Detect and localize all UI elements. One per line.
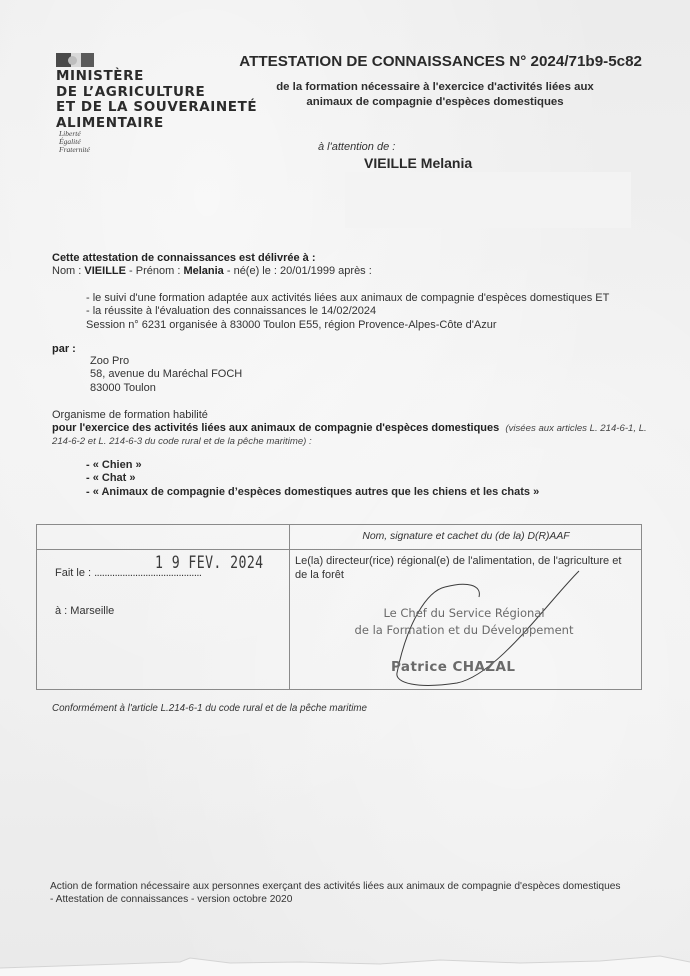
organization-address-line: 58, avenue du Maréchal FOCH: [90, 368, 242, 381]
condition-item: - la réussite à l'évaluation des connais…: [86, 305, 609, 318]
holder-first-name: Melania: [183, 265, 223, 277]
marianne-flag-logo-icon: [56, 53, 94, 67]
delivered-to-heading: Cette attestation de connaissances est d…: [52, 252, 316, 264]
organization-address-line: 83000 Toulon: [90, 382, 242, 395]
ministry-name: MINISTÈRE DE L’AGRICULTURE ET DE LA SOUV…: [56, 69, 266, 131]
species-list: - « Chien » - « Chat » - « Animaux de co…: [86, 459, 539, 499]
republic-motto: Liberté Égalité Fraternité: [59, 130, 90, 155]
species-item: - « Chien »: [86, 459, 539, 472]
organization-purpose: pour l'exercice des activités liées aux …: [52, 422, 648, 448]
ministry-name-line: MINISTÈRE: [56, 69, 266, 85]
birth-date: 20/01/1999: [280, 265, 335, 277]
birth-label: - né(e) le :: [224, 265, 280, 277]
ministry-name-line: DE L’AGRICULTURE: [56, 85, 266, 101]
service-stamp: Le Chef du Service Régional de la Format…: [299, 605, 629, 639]
document-subtitle: de la formation nécessaire à l'exercice …: [250, 80, 620, 109]
signature-header: Nom, signature et cachet du (de la) D(R)…: [290, 531, 642, 542]
subtitle-line: animaux de compagnie d'espèces domestiqu…: [250, 95, 620, 110]
footer-note: Action de formation nécessaire aux perso…: [50, 880, 621, 906]
subtitle-line: de la formation nécessaire à l'exercice …: [250, 80, 620, 95]
date-stamp: 1 9 FEV. 2024: [155, 553, 264, 572]
footer-line: Action de formation nécessaire aux perso…: [50, 880, 621, 893]
after-label: après :: [335, 265, 372, 277]
conditions-list: - le suivi d'une formation adaptée aux a…: [86, 292, 609, 332]
redacted-address-area: [345, 172, 631, 228]
document-title: ATTESTATION DE CONNAISSANCES N° 2024/71b…: [232, 53, 642, 70]
session-info: Session n° 6231 organisée à 83000 Toulon…: [86, 319, 609, 332]
motto-line: Fraternité: [59, 146, 90, 154]
attention-label: à l'attention de :: [318, 141, 395, 153]
nom-label: Nom :: [52, 265, 84, 277]
species-item: - « Animaux de compagnie d’espèces domes…: [86, 486, 539, 499]
par-label: par :: [52, 343, 76, 355]
holder-last-name: VIEILLE: [84, 265, 126, 277]
service-stamp-line: de la Formation et du Développement: [299, 622, 629, 639]
condition-item: - le suivi d'une formation adaptée aux a…: [86, 292, 609, 305]
organization-name: Zoo Pro: [90, 355, 242, 368]
footer-line: - Attestation de connaissances - version…: [50, 893, 621, 906]
ministry-name-line: ALIMENTAIRE: [56, 116, 266, 132]
ministry-name-line: ET DE LA SOUVERAINETÉ: [56, 100, 266, 116]
prenom-label: - Prénom :: [126, 265, 183, 277]
service-stamp-line: Le Chef du Service Régional: [299, 605, 629, 622]
training-organization: Zoo Pro 58, avenue du Maréchal FOCH 8300…: [90, 355, 242, 395]
holder-identity: Nom : VIEILLE - Prénom : Melania - né(e)…: [52, 265, 372, 277]
purpose-bold: pour l'exercice des activités liées aux …: [52, 422, 499, 434]
fait-le-label: Fait le :: [55, 567, 94, 579]
signatory-name: Patrice CHAZAL: [391, 659, 515, 675]
scan-edge-artifact: [0, 950, 690, 976]
scanned-document-page: MINISTÈRE DE L’AGRICULTURE ET DE LA SOUV…: [0, 0, 690, 976]
signature-table: Nom, signature et cachet du (de la) D(R)…: [36, 524, 642, 690]
legal-note: Conformément à l'article L.214-6-1 du co…: [52, 703, 367, 714]
organization-qualification: Organisme de formation habilité: [52, 409, 208, 421]
recipient-name: VIEILLE Melania: [364, 155, 472, 171]
place-field: à : Marseille: [55, 605, 114, 617]
species-item: - « Chat »: [86, 472, 539, 485]
